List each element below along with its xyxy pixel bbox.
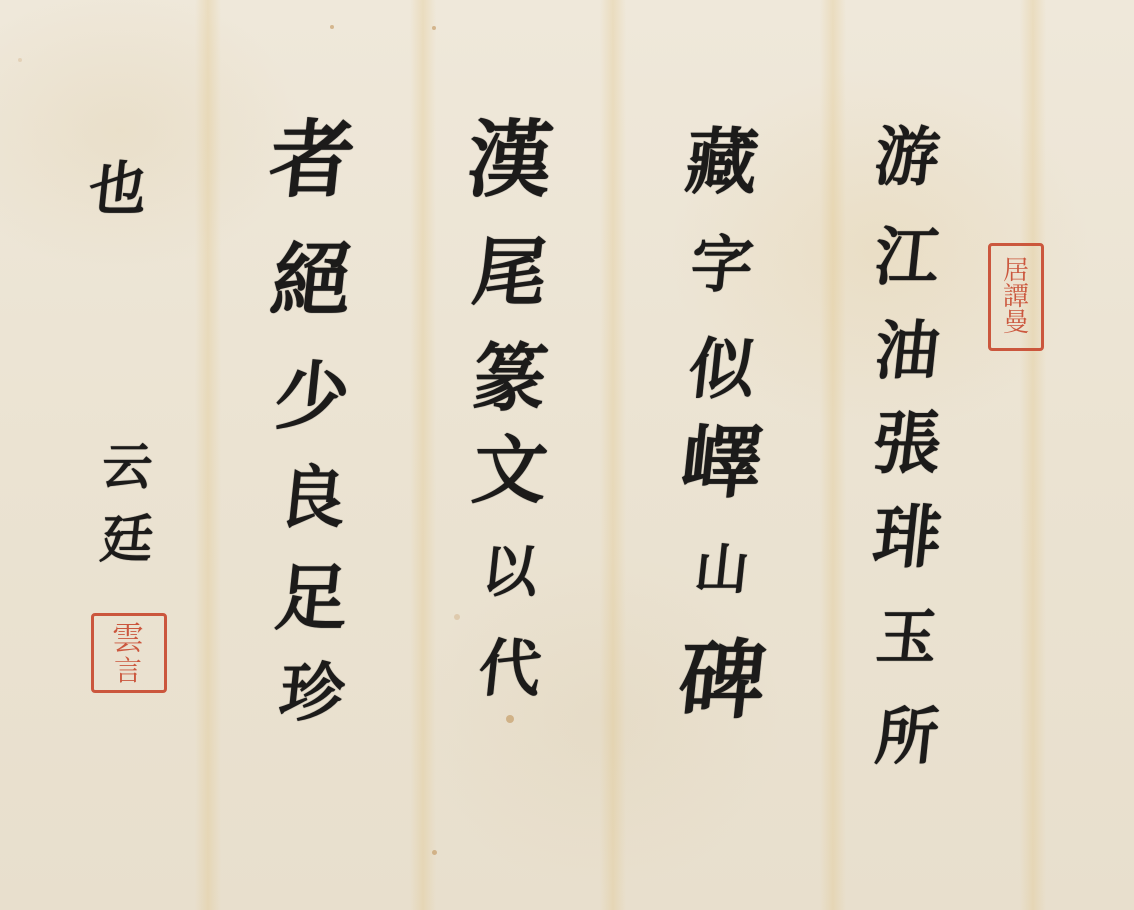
glyph: 珍	[277, 662, 348, 726]
seal-stamp-signature: 雲 言	[91, 613, 167, 693]
glyph: 似	[686, 336, 759, 402]
foxing-spot	[432, 26, 436, 30]
glyph: 藏	[682, 126, 762, 198]
seal-glyph: 譚	[1003, 284, 1029, 310]
fold-line	[820, 0, 846, 910]
glyph: 篆	[469, 342, 551, 416]
glyph: 所	[873, 706, 942, 768]
fold-line	[195, 0, 221, 910]
foxing-spot	[432, 850, 437, 855]
calligraphy-sheet: 游 江 油 張 琲 玉 所 藏 字 似 嶧 山 碑 漢 尾 篆 文 以 代 者 …	[0, 0, 1134, 910]
signature-glyph: 廷	[98, 514, 155, 566]
foxing-spot	[18, 58, 22, 62]
artist-signature: 云 廷	[82, 0, 172, 566]
seal-glyph: 言	[114, 657, 144, 685]
glyph: 足	[272, 562, 352, 634]
glyph: 碑	[674, 638, 769, 724]
signature-glyph: 云	[99, 442, 154, 492]
glyph: 尾	[469, 236, 551, 310]
glyph: 嶧	[678, 422, 766, 502]
glyph: 游	[872, 126, 943, 190]
calligraphy-column-1: 游 江 油 張 琲 玉 所	[862, 0, 952, 768]
glyph: 字	[688, 234, 757, 296]
fold-line	[1020, 0, 1046, 910]
glyph: 油	[872, 320, 943, 384]
glyph: 玉	[874, 608, 940, 668]
glyph: 琲	[869, 504, 944, 572]
fold-line	[410, 0, 436, 910]
glyph: 張	[869, 410, 944, 478]
fold-line	[600, 0, 626, 910]
glyph: 少	[271, 360, 353, 434]
seal-glyph: 居	[1003, 258, 1029, 284]
foxing-spot	[506, 715, 514, 723]
calligraphy-column-2: 藏 字 似 嶧 山 碑	[672, 0, 772, 724]
seal-glyph: 雲	[112, 622, 146, 654]
seal-glyph: 曼	[1003, 310, 1029, 336]
glyph: 者	[266, 118, 359, 202]
glyph: 山	[692, 542, 752, 596]
glyph: 良	[274, 464, 349, 532]
calligraphy-column-4: 者 絕 少 良 足 珍	[262, 0, 362, 726]
glyph: 以	[479, 544, 541, 600]
glyph: 文	[469, 434, 551, 508]
glyph: 代	[476, 638, 545, 700]
glyph: 漢	[464, 118, 557, 202]
seal-stamp-top-right: 居 譚 曼	[988, 243, 1044, 351]
glyph: 絕	[268, 240, 356, 320]
calligraphy-column-3: 漢 尾 篆 文 以 代	[460, 0, 560, 700]
glyph: 江	[872, 226, 943, 290]
